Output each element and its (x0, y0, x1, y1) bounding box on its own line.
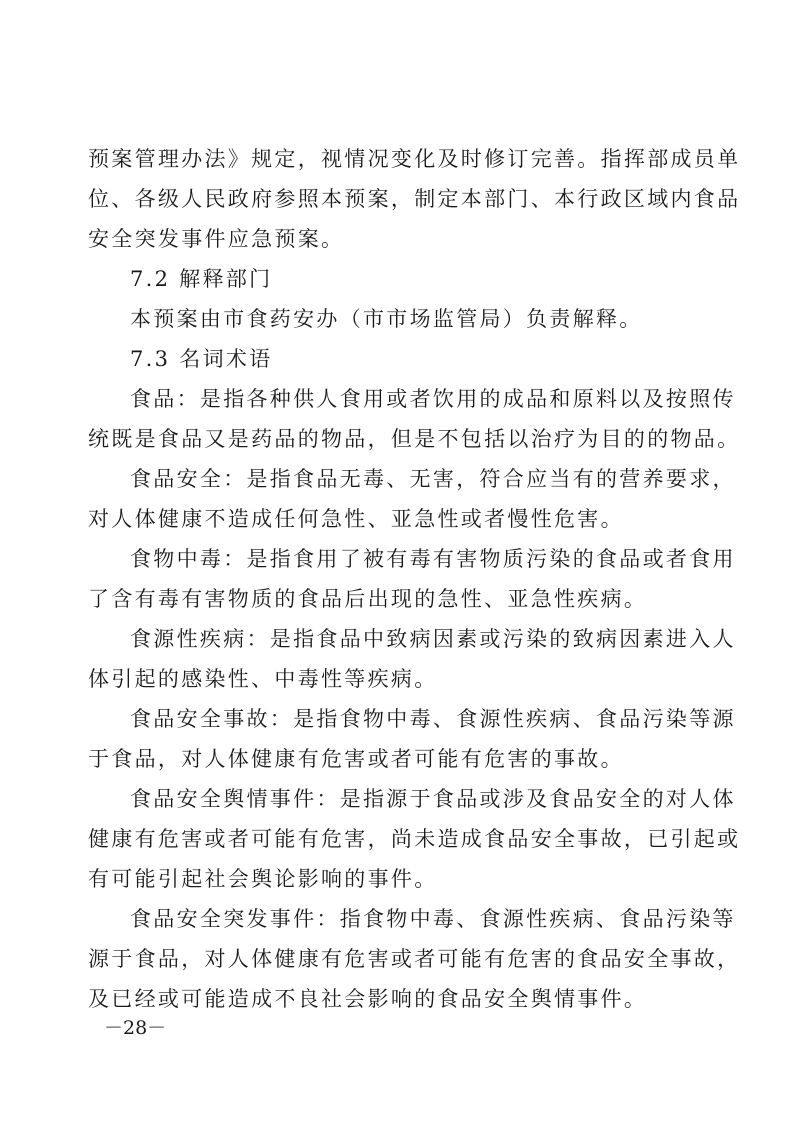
page-number: －28－ (104, 1017, 166, 1039)
term-food-safety-line1: 食品安全：是指食品无毒、无害，符合应当有的营养要求， (130, 467, 750, 491)
term-emergency-event-line1: 食品安全突发事件：指食物中毒、食源性疾病、食品污染等 (130, 907, 750, 931)
section-heading-7-2: 7.2 解释部门 (130, 267, 750, 291)
term-food-line1: 食品：是指各种供人食用或者饮用的成品和原料以及按照传 (130, 387, 750, 411)
term-food-line2: 统既是食品又是药品的物品，但是不包括以治疗为目的的物品。 (88, 427, 708, 451)
term-food-safety-line2: 对人体健康不造成任何急性、亚急性或者慢性危害。 (88, 507, 708, 531)
term-food-safety-accident-line2: 于食品，对人体健康有危害或者可能有危害的事故。 (88, 747, 708, 771)
term-emergency-event-line3: 及已经或可能造成不良社会影响的食品安全舆情事件。 (88, 987, 708, 1011)
term-public-opinion-event-line2: 健康有危害或者可能有危害，尚未造成食品安全事故，已引起或 (88, 827, 708, 851)
term-public-opinion-event-line3: 有可能引起社会舆论影响的事件。 (88, 867, 708, 891)
term-foodborne-disease-line2: 体引起的感染性、中毒性等疾病。 (88, 667, 708, 691)
paragraph-line: 位、各级人民政府参照本预案，制定本部门、本行政区域内食品 (88, 187, 708, 211)
document-page: 预案管理办法》规定，视情况变化及时修订完善。指挥部成员单 位、各级人民政府参照本… (0, 0, 793, 1122)
paragraph-line: 安全突发事件应急预案。 (88, 227, 708, 251)
section-body-7-2: 本预案由市食药安办（市市场监管局）负责解释。 (130, 307, 750, 331)
term-food-poisoning-line1: 食物中毒：是指食用了被有毒有害物质污染的食品或者食用 (130, 547, 750, 571)
term-food-safety-accident-line1: 食品安全事故：是指食物中毒、食源性疾病、食品污染等源 (130, 707, 750, 731)
section-heading-7-3: 7.3 名词术语 (130, 347, 750, 371)
term-food-poisoning-line2: 了含有毒有害物质的食品后出现的急性、亚急性疾病。 (88, 587, 708, 611)
paragraph-line: 预案管理办法》规定，视情况变化及时修订完善。指挥部成员单 (88, 147, 708, 171)
term-emergency-event-line2: 源于食品，对人体健康有危害或者可能有危害的食品安全事故， (88, 947, 708, 971)
term-foodborne-disease-line1: 食源性疾病：是指食品中致病因素或污染的致病因素进入人 (130, 627, 750, 651)
term-public-opinion-event-line1: 食品安全舆情事件：是指源于食品或涉及食品安全的对人体 (130, 787, 750, 811)
